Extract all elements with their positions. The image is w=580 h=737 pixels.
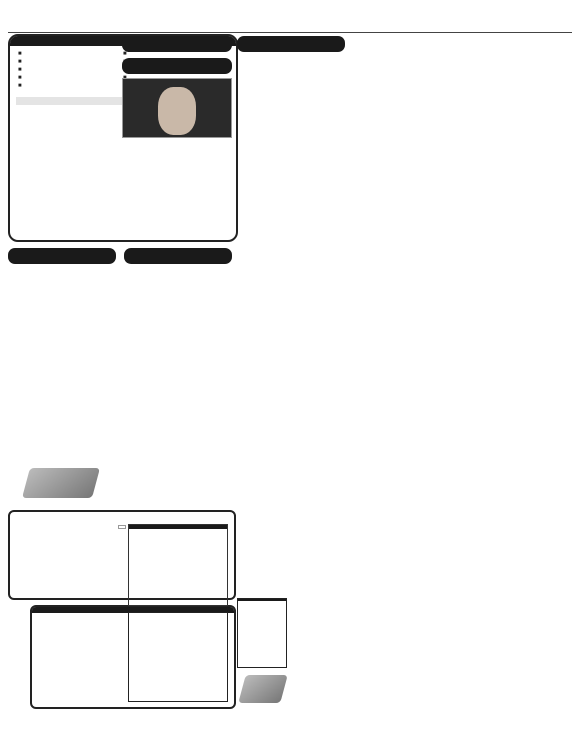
column-2 — [124, 248, 232, 268]
photo-barbour — [122, 78, 232, 138]
column-3 — [122, 36, 232, 142]
deaths-heading — [8, 248, 116, 264]
category-item — [18, 66, 123, 74]
ad-charles-mccooke — [237, 598, 287, 668]
category-item — [18, 58, 123, 66]
placing-notice-box — [128, 524, 228, 606]
column-4 — [237, 36, 345, 56]
deaths-heading — [124, 248, 232, 264]
column-1 — [8, 248, 116, 327]
ad-djm-robinson — [128, 612, 228, 702]
header-rule — [8, 32, 572, 33]
bible-icon — [238, 675, 288, 703]
in-memoriam-heading — [237, 36, 345, 52]
notice-legion — [8, 312, 116, 323]
deaths-heading — [122, 36, 232, 52]
bible-icon — [22, 468, 100, 498]
category-item — [18, 74, 123, 82]
category-item — [18, 82, 123, 90]
category-item — [18, 50, 123, 58]
in-memoriam-heading — [122, 58, 232, 74]
